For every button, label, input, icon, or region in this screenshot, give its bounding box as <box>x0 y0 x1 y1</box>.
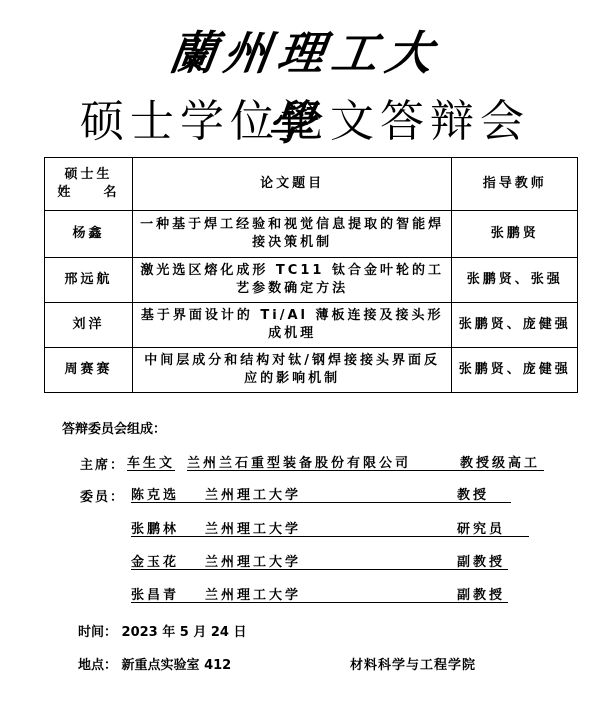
member-row: 陈克选 兰州理工大学 教授 <box>131 484 511 503</box>
table-row: 杨鑫 一种基于焊工经验和视觉信息提取的智能焊接决策机制 张鹏贤 <box>45 211 578 258</box>
member-row: 张昌青 兰州理工大学 副教授 <box>131 584 508 603</box>
chair-name-field: 车生文 <box>127 452 175 471</box>
time-row: 时间： 2023 年 5 月 24 日 <box>78 621 247 640</box>
thesis-title: 基于界面设计的 Ti/Al 薄板连接及接头形成机理 <box>132 303 452 348</box>
member-rank: 研究员 <box>457 518 505 537</box>
member-affiliation: 兰州理工大学 <box>205 518 301 537</box>
thesis-title: 中间层成分和结构对钛/钢焊接接头界面反应的影响机制 <box>132 348 452 393</box>
member-rank: 教授 <box>457 484 489 503</box>
member-row: 张鹏林 兰州理工大学 研究员 <box>131 518 529 537</box>
student-name: 周赛赛 <box>45 348 133 393</box>
member-label: 委员： <box>80 486 125 505</box>
place-label: 地点： <box>78 658 117 673</box>
header-thesis-title: 论文题目 <box>132 158 452 211</box>
header-advisor: 指导教师 <box>452 158 578 211</box>
chair-affiliation-field: 兰州兰石重型装备股份有限公司 教授级高工 <box>187 452 544 471</box>
table-header-row: 硕士生 姓 名 论文题目 指导教师 <box>45 158 578 211</box>
advisor-name: 张鹏贤 <box>452 211 578 258</box>
member-affiliation: 兰州理工大学 <box>205 484 301 503</box>
chair-label: 主席： <box>80 454 125 473</box>
member-name: 陈克选 <box>131 484 179 503</box>
member-name: 张昌青 <box>131 584 179 603</box>
student-name: 刘洋 <box>45 303 133 348</box>
time-label: 时间： <box>78 625 117 640</box>
member-rank: 副教授 <box>457 551 505 570</box>
member-name: 张鹏林 <box>131 518 179 537</box>
table-row: 刘洋 基于界面设计的 Ti/Al 薄板连接及接头形成机理 张鹏贤、庞健强 <box>45 303 578 348</box>
committee-heading: 答辩委员会组成： <box>62 418 166 437</box>
advisor-name: 张鹏贤、张强 <box>452 258 578 303</box>
page-title: 硕士学位论文答辩会 <box>60 92 550 152</box>
member-name: 金玉花 <box>131 551 179 570</box>
thesis-title: 一种基于焊工经验和视觉信息提取的智能焊接决策机制 <box>132 211 452 258</box>
student-name: 邢远航 <box>45 258 133 303</box>
chair-affiliation: 兰州兰石重型装备股份有限公司 <box>187 452 411 471</box>
table-row: 邢远航 激光选区熔化成形 TC11 钛合金叶轮的工艺参数确定方法 张鹏贤、张强 <box>45 258 578 303</box>
header-student-name: 硕士生 姓 名 <box>45 158 133 211</box>
student-name: 杨鑫 <box>45 211 133 258</box>
table-row: 周赛赛 中间层成分和结构对钛/钢焊接接头界面反应的影响机制 张鹏贤、庞健强 <box>45 348 578 393</box>
place-value: 新重点实验室 412 <box>122 658 232 673</box>
member-affiliation: 兰州理工大学 <box>205 551 301 570</box>
place-row: 地点： 新重点实验室 412 <box>78 654 231 673</box>
member-rank: 副教授 <box>457 584 505 603</box>
time-value: 2023 年 5 月 24 日 <box>122 625 247 640</box>
header-student-name-line1: 硕士生 <box>49 166 128 184</box>
advisor-name: 张鹏贤、庞健强 <box>452 303 578 348</box>
defense-schedule-table: 硕士生 姓 名 论文题目 指导教师 杨鑫 一种基于焊工经验和视觉信息提取的智能焊… <box>44 157 578 393</box>
school-name: 材料科学与工程学院 <box>350 654 476 673</box>
thesis-title: 激光选区熔化成形 TC11 钛合金叶轮的工艺参数确定方法 <box>132 258 452 303</box>
member-affiliation: 兰州理工大学 <box>205 584 301 603</box>
header-student-name-line2: 姓 名 <box>49 184 128 202</box>
member-row: 金玉花 兰州理工大学 副教授 <box>131 551 508 570</box>
university-logo: 蘭州理工大學 <box>145 18 465 88</box>
chair-rank: 教授级高工 <box>460 452 540 471</box>
advisor-name: 张鹏贤、庞健强 <box>452 348 578 393</box>
chair-name: 车生文 <box>127 452 175 471</box>
